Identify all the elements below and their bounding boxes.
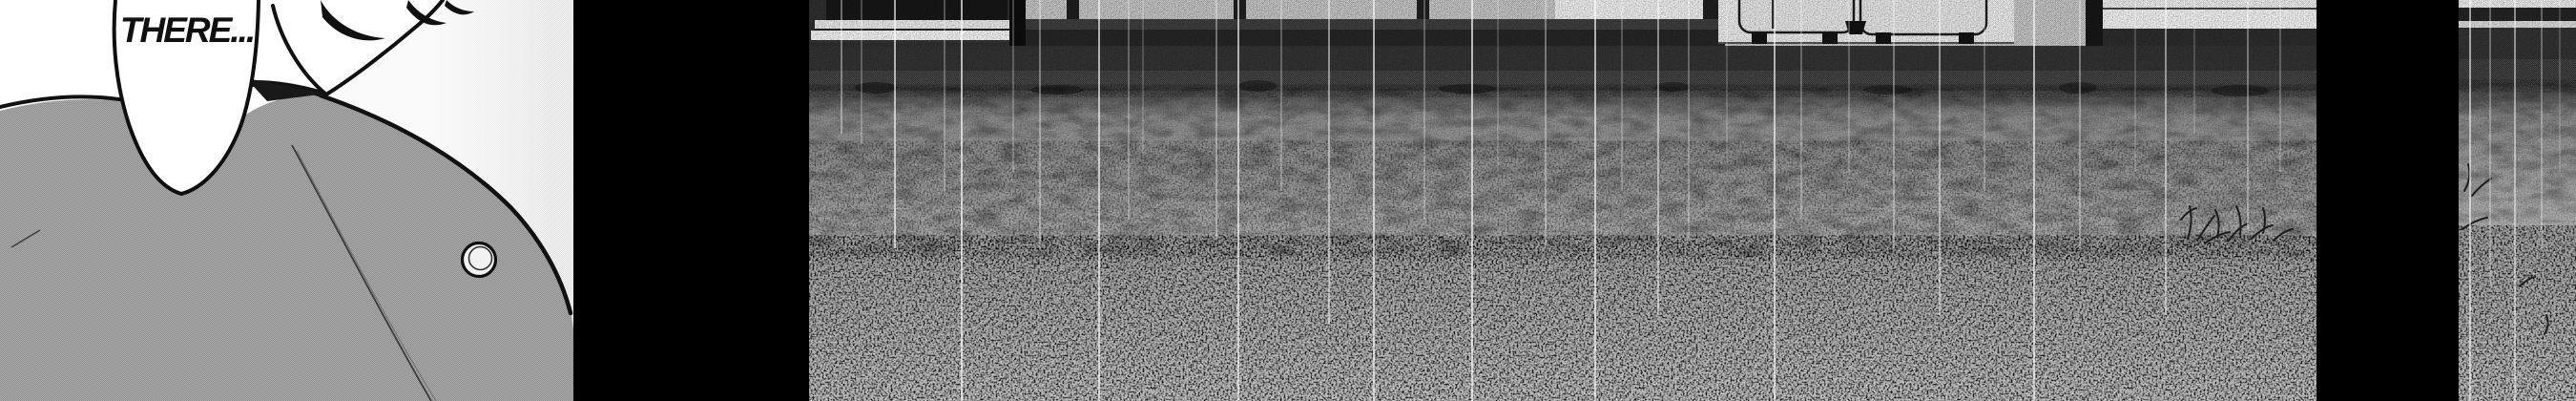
panel-closeup-shoulder: THERE... (0, 0, 573, 401)
schoolyard-art (809, 0, 2316, 401)
closeup-art: THERE... (0, 0, 573, 401)
manga-page-strip: { "page": { "title": "Manga panel strip"… (0, 0, 2576, 401)
panel-gutter (573, 0, 809, 401)
panel-gutter (2316, 0, 2459, 401)
schoolyard-edge-art (2459, 0, 2576, 401)
panel-schoolyard (809, 0, 2316, 401)
speech-bubble-text: THERE... (120, 11, 254, 50)
screentone-grain (809, 0, 2316, 401)
panel-schoolyard-edge (2459, 0, 2576, 401)
screentone-grain (2459, 0, 2576, 401)
jacket-button (463, 243, 496, 277)
